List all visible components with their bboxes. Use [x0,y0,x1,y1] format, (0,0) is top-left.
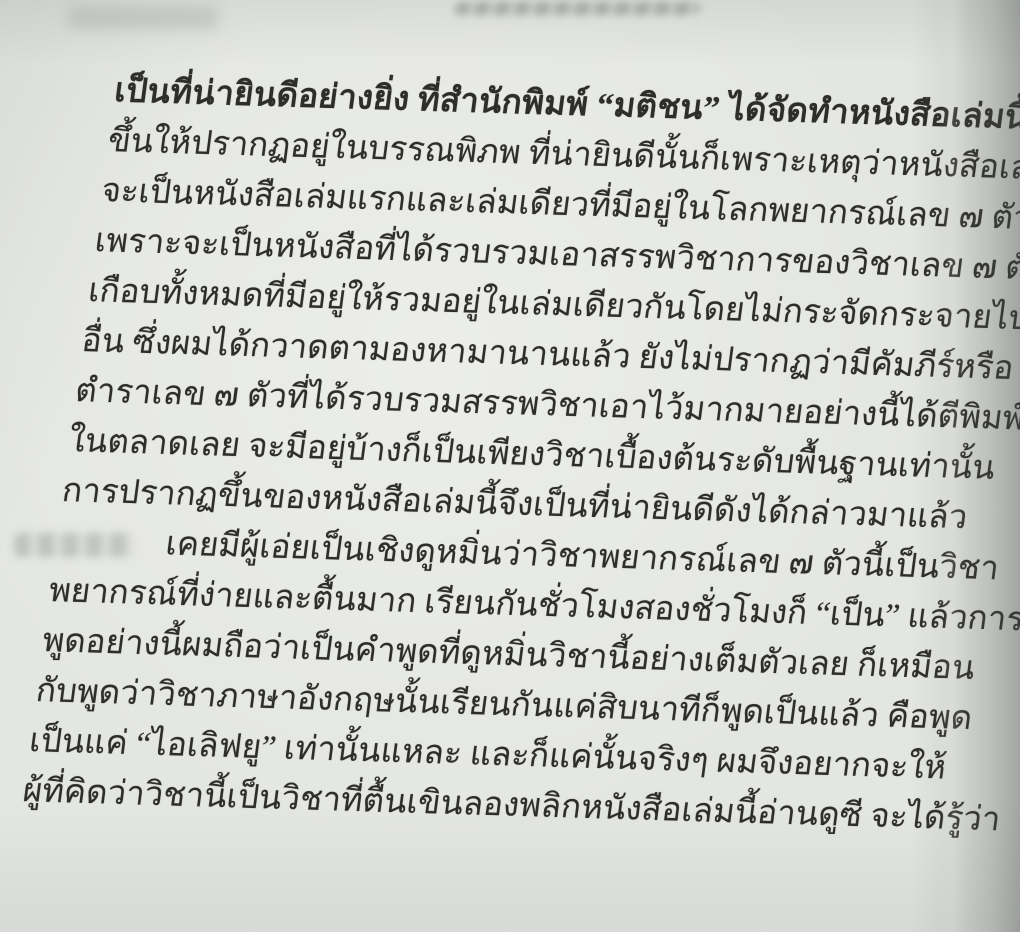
page-edge-shadow [910,0,1020,932]
page-text-block: เป็นที่น่ายินดีอย่างยิ่ง ที่สำนักพิมพ์ “… [20,66,963,841]
scanned-page-photo: เป็นที่น่ายินดีอย่างยิ่ง ที่สำนักพิมพ์ “… [0,0,1020,932]
bleedthrough-smudge [68,7,218,29]
bleedthrough-text-smudge [454,2,701,15]
